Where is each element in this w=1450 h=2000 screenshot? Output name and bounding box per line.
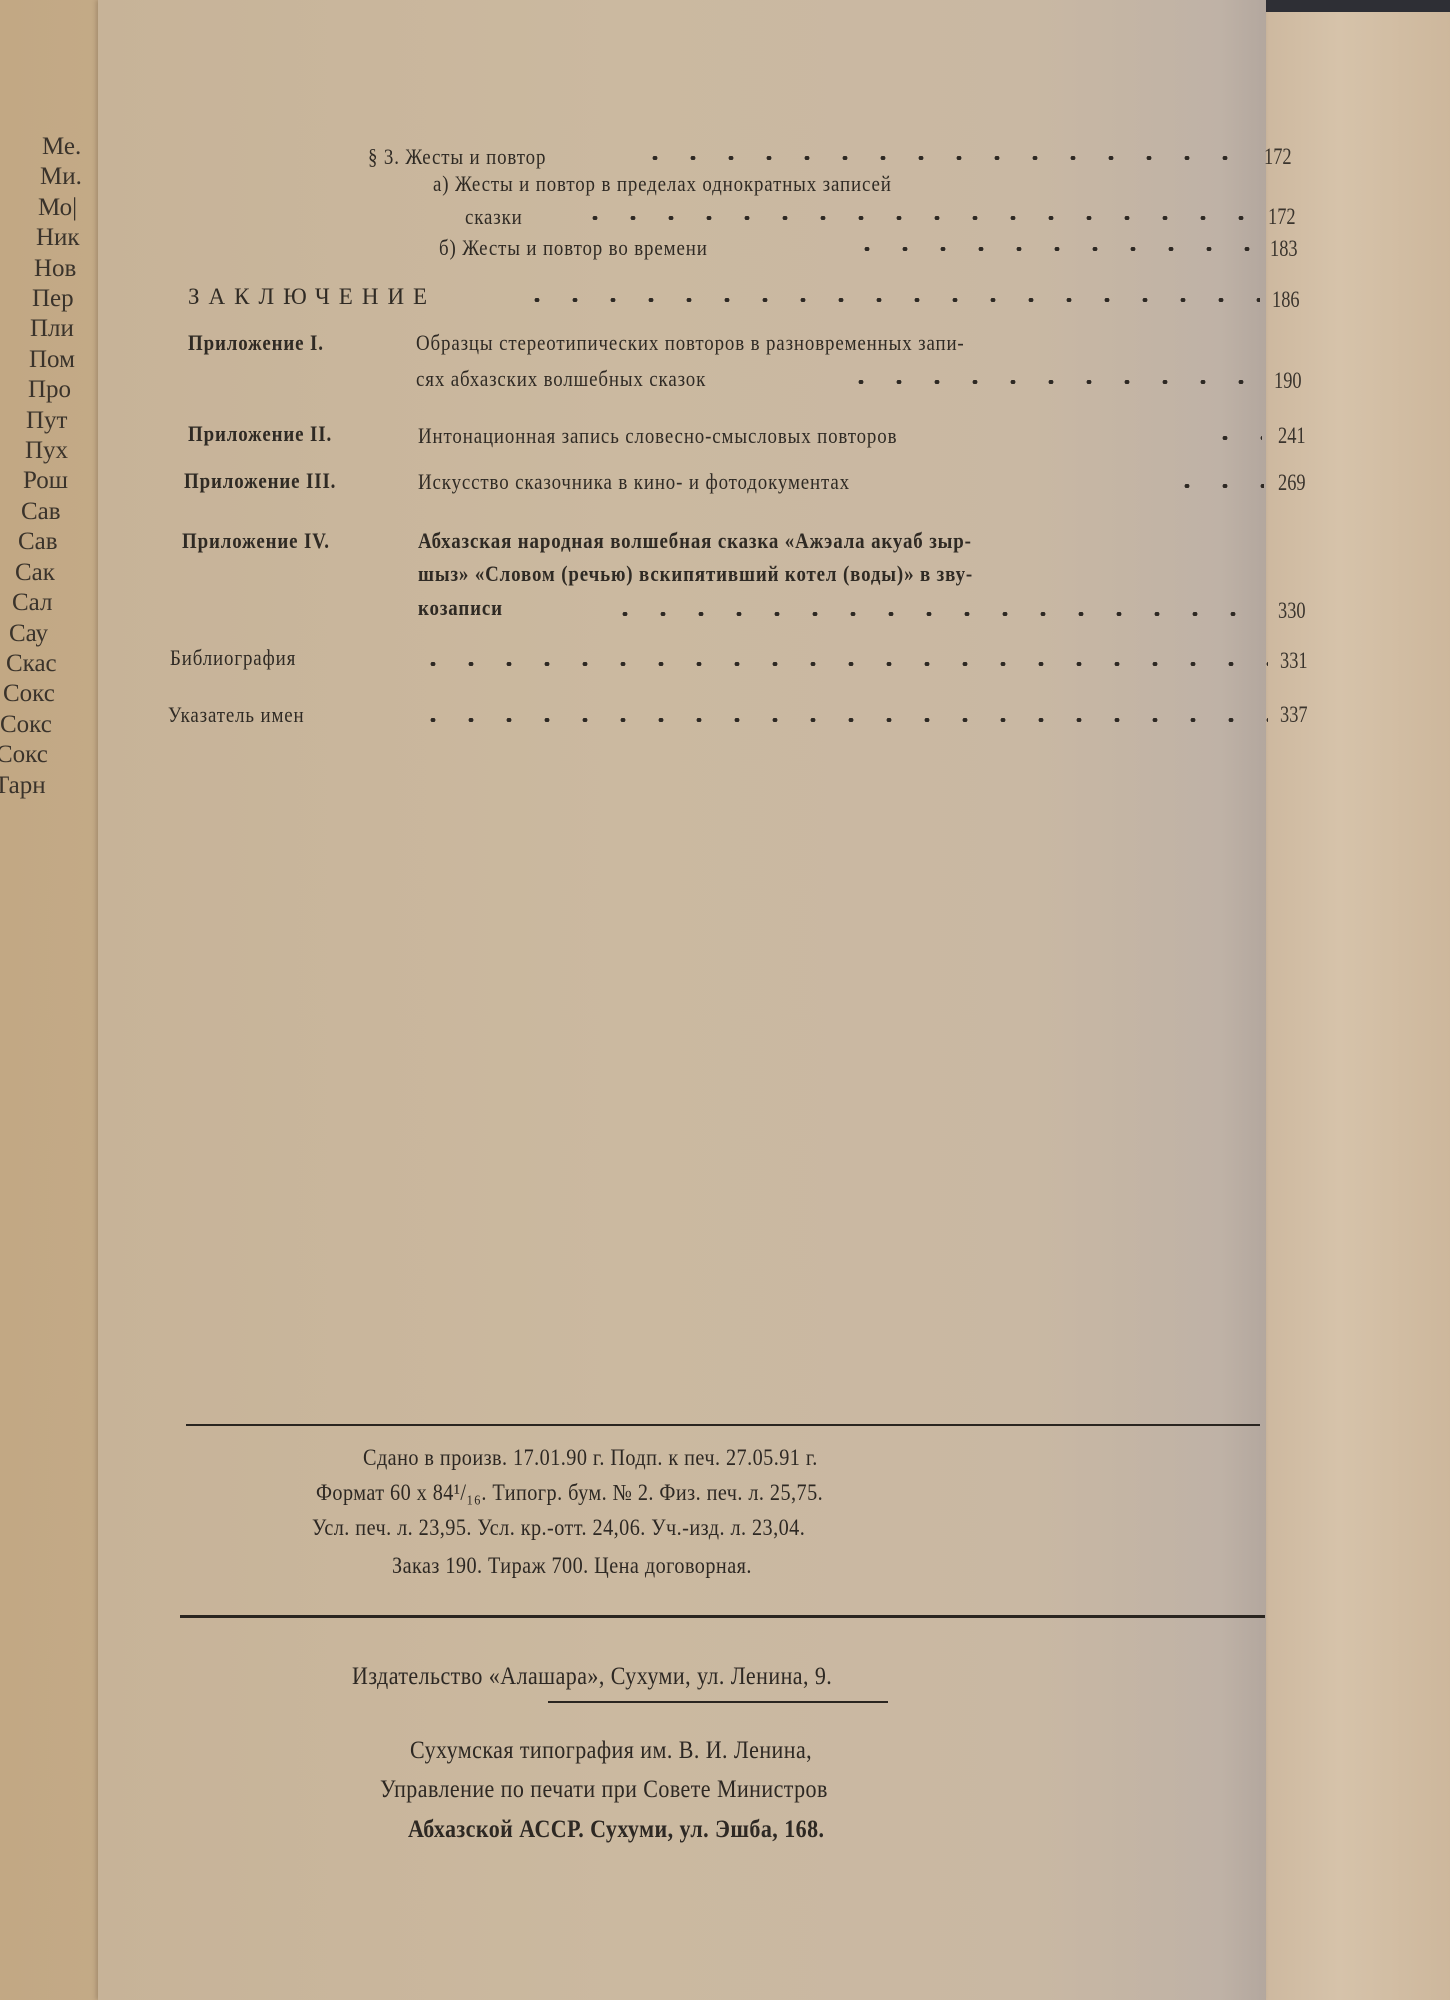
name-fragment: Сав — [0, 527, 98, 557]
toc-entry-section3a[interactable]: а) Жесты и повтор в пределах однократных… — [433, 171, 966, 197]
name-fragment: Про — [0, 375, 98, 405]
page-number: 183 — [1270, 236, 1298, 262]
toc-entry-bibliography[interactable]: Библиография — [170, 645, 317, 671]
toc-entry-section3[interactable]: § 3. Жесты и повтор — [368, 144, 575, 170]
toc-entry-appendix3[interactable]: Искусство сказочника в кино- и фотодокум… — [418, 469, 920, 495]
name-fragment: Тарн — [0, 771, 98, 801]
dot-leader — [518, 298, 1260, 302]
publisher-underline — [548, 1701, 888, 1703]
toc-entry-appendix1[interactable]: Образцы стереотипических повторов в разн… — [416, 330, 1054, 356]
page-number: 241 — [1278, 423, 1306, 449]
name-fragment: Сау — [0, 619, 98, 649]
page-number: 337 — [1280, 702, 1308, 728]
appendix-label: Приложение IV. — [182, 528, 354, 554]
name-fragment: Сокс — [0, 679, 98, 709]
toc-entry-appendix4-cont: шыз» «Словом (речью) вскипятивший котел … — [418, 561, 1063, 587]
name-fragment: Ми. — [0, 162, 98, 192]
dot-leader — [848, 247, 1258, 251]
name-fragment: Нов — [0, 254, 98, 284]
dot-leader — [414, 718, 1268, 722]
name-fragment: Сак — [0, 558, 98, 588]
toc-entry-appendix2[interactable]: Интонационная запись словесно-смысловых … — [418, 423, 975, 449]
imprint-line: Формат 60 x 84¹/₁₆. Типогр. бум. № 2. Фи… — [316, 1480, 892, 1506]
page-number: 331 — [1280, 648, 1308, 674]
name-fragment: Ме. — [0, 132, 98, 162]
name-fragment: Пом — [0, 345, 98, 375]
name-fragment: Сал — [0, 588, 98, 618]
name-fragment: Сокс — [0, 740, 98, 770]
appendix-label: Приложение III. — [184, 468, 361, 494]
divider-top — [186, 1424, 1260, 1426]
page-number: 269 — [1278, 470, 1306, 496]
toc-entry-appendix4-cont: козаписи — [418, 595, 517, 621]
toc-entry-section3b[interactable]: б) Жесты и повтор во времени — [433, 235, 751, 261]
imprint-line: Заказ 190. Тираж 700. Цена договорная. — [392, 1553, 801, 1579]
previous-page-name-list: Ме. Ми. Мо| Ник Нов Пер Пли Пом Про Пут … — [0, 132, 98, 801]
divider-bottom — [180, 1615, 1265, 1618]
toc-entry-conclusion[interactable]: ЗАКЛЮЧЕНИЕ — [188, 284, 436, 310]
dot-leader — [1168, 484, 1264, 488]
printer-line: Сухумская типография им. В. И. Ленина, — [410, 1737, 867, 1765]
name-fragment: Пут — [0, 406, 98, 436]
printer-line: Абхазской АССР. Сухуми, ул. Эшба, 168. — [408, 1816, 881, 1844]
page-number: 330 — [1278, 598, 1306, 624]
imprint-line: Усл. печ. л. 23,95. Усл. кр.-отт. 24,06.… — [312, 1515, 872, 1541]
page-number: 172 — [1268, 204, 1296, 230]
name-fragment: Мо| — [0, 193, 98, 223]
page-number: 190 — [1274, 368, 1302, 394]
page-number: 186 — [1272, 287, 1300, 313]
table-of-contents: § 3. Жесты и повтор 172 а) Жесты и повто… — [98, 0, 1266, 1000]
name-fragment: Сокс — [0, 710, 98, 740]
dot-leader — [414, 662, 1268, 666]
name-fragment: Пух — [0, 436, 98, 466]
name-fragment: Рош — [0, 466, 98, 496]
name-fragment: Скас — [0, 649, 98, 679]
dot-leader — [606, 612, 1266, 616]
imprint-line: Сдано в произв. 17.01.90 г. Подп. к печ.… — [363, 1445, 880, 1471]
printer-line: Управление по печати при Совете Министро… — [380, 1776, 889, 1804]
page-number: 172 — [1264, 144, 1292, 170]
dot-leader — [842, 380, 1262, 384]
publisher-line: Издательство «Алашара», Сухуми, ул. Лени… — [352, 1663, 898, 1691]
toc-entry-name-index[interactable]: Указатель имен — [168, 702, 327, 728]
name-fragment: Пли — [0, 314, 98, 344]
dot-leader — [576, 216, 1256, 220]
toc-entry-section3a-cont: сказки — [465, 204, 532, 230]
appendix-label: Приложение I. — [188, 330, 346, 356]
appendix-label: Приложение II. — [188, 421, 355, 447]
name-fragment: Ник — [0, 223, 98, 253]
dot-leader — [1206, 436, 1262, 440]
toc-entry-appendix4[interactable]: Абхазская народная волшебная сказка «Ажэ… — [418, 528, 1062, 554]
toc-entry-appendix1-cont: сях абхазских волшебных сказок — [416, 366, 753, 392]
name-fragment: Пер — [0, 284, 98, 314]
dot-leader — [636, 156, 1252, 160]
name-fragment: Сав — [0, 497, 98, 527]
